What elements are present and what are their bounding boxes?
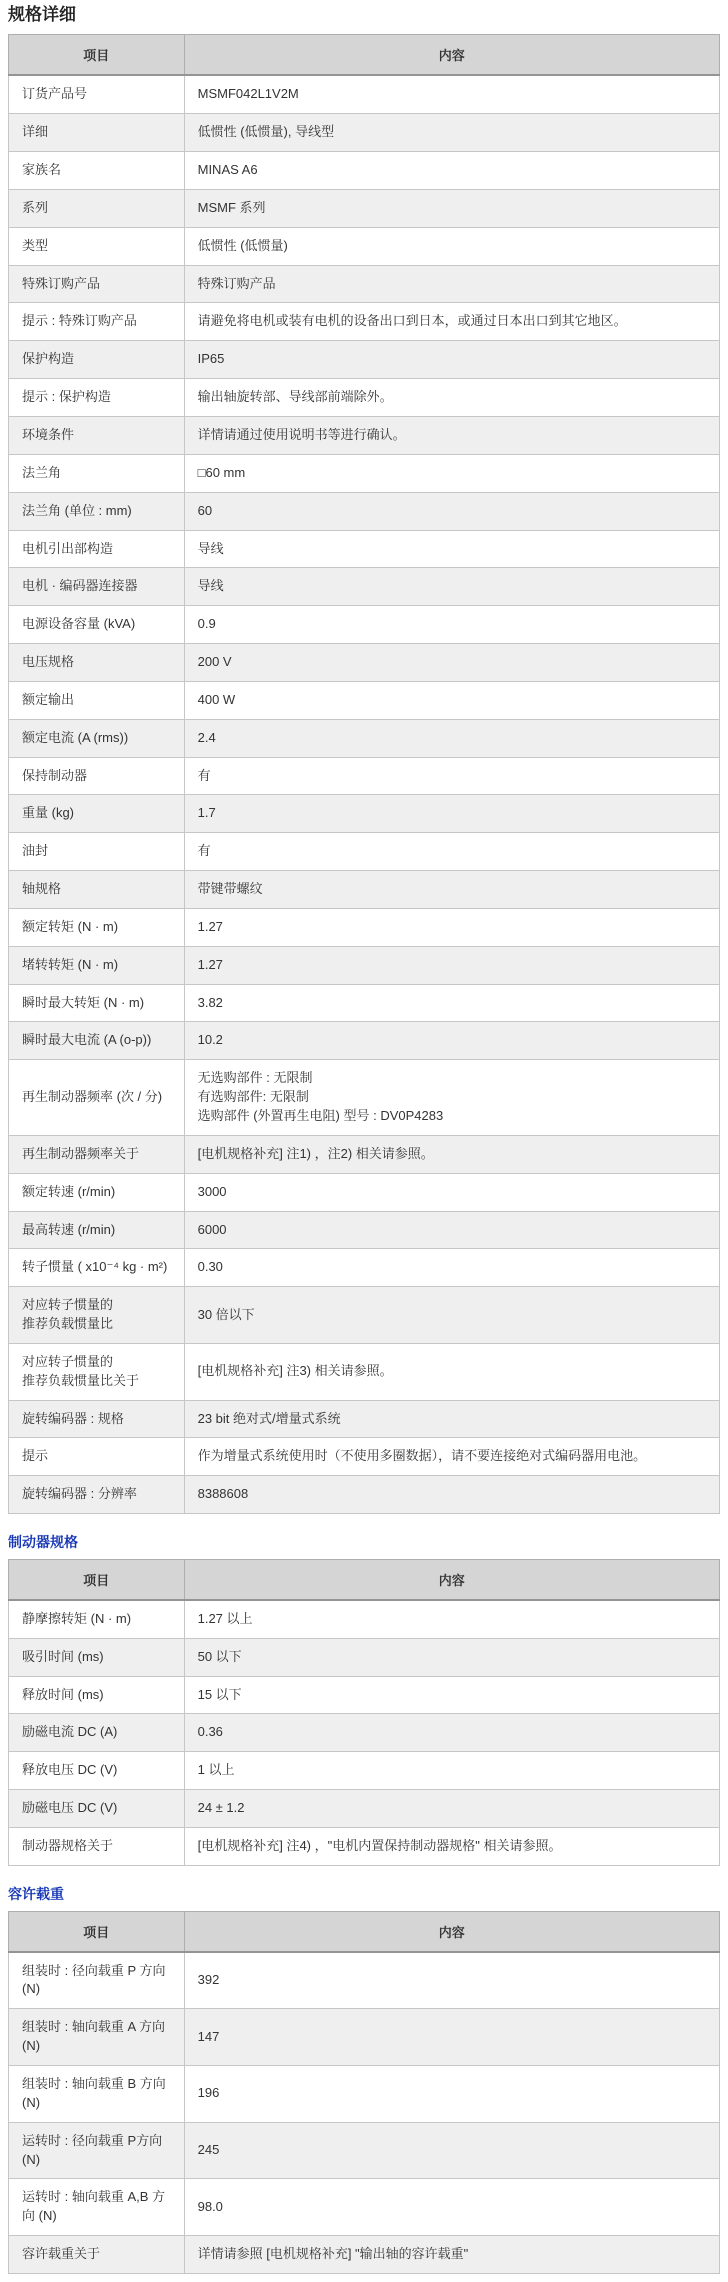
- content-cell: 输出轴旋转部、导线部前端除外。: [184, 379, 719, 417]
- content-cell: 导线: [184, 568, 719, 606]
- table-row: 释放时间 (ms)15 以下: [9, 1676, 720, 1714]
- item-cell: 额定电流 (A (rms)): [9, 719, 185, 757]
- table-row: 电压规格200 V: [9, 644, 720, 682]
- item-cell: 法兰角: [9, 454, 185, 492]
- table-row: 再生制动器频率 (次 / 分)无选购部件 : 无限制 有选购部件: 无限制 选购…: [9, 1060, 720, 1136]
- header-row: 项目内容: [9, 1911, 720, 1952]
- item-cell: 运转时 : 径向载重 P方向 (N): [9, 2122, 185, 2179]
- content-cell: 6000: [184, 1211, 719, 1249]
- content-cell: □60 mm: [184, 454, 719, 492]
- content-cell: 15 以下: [184, 1676, 719, 1714]
- content-cell: [电机规格补充] 注1) ，注2) 相关请参照。: [184, 1135, 719, 1173]
- content-cell: 98.0: [184, 2179, 719, 2236]
- item-cell: 组装时 : 径向载重 P 方向 (N): [9, 1952, 185, 2009]
- content-cell: 低惯性 (低惯量), 导线型: [184, 114, 719, 152]
- content-cell: 3.82: [184, 984, 719, 1022]
- table-row: 电机引出部构造导线: [9, 530, 720, 568]
- table-row: 保护构造IP65: [9, 341, 720, 379]
- item-cell: 组装时 : 轴向载重 B 方向 (N): [9, 2066, 185, 2123]
- item-cell: 类型: [9, 227, 185, 265]
- content-cell: MSMF 系列: [184, 189, 719, 227]
- content-cell: 50 以下: [184, 1638, 719, 1676]
- content-cell: 24 ± 1.2: [184, 1790, 719, 1828]
- content-cell: 400 W: [184, 681, 719, 719]
- table-row: 电源设备容量 (kVA)0.9: [9, 606, 720, 644]
- table-row: 运转时 : 径向载重 P方向 (N)245: [9, 2122, 720, 2179]
- content-cell: 1.27 以上: [184, 1600, 719, 1638]
- content-cell: [电机规格补充] 注4) ，"电机内置保持制动器规格" 相关请参照。: [184, 1828, 719, 1866]
- table-row: 详细低惯性 (低惯量), 导线型: [9, 114, 720, 152]
- item-cell: 提示 : 特殊订购产品: [9, 303, 185, 341]
- item-cell: 电机 · 编码器连接器: [9, 568, 185, 606]
- table-row: 系列MSMF 系列: [9, 189, 720, 227]
- table-row: 重量 (kg)1.7: [9, 795, 720, 833]
- item-cell: 额定转矩 (N · m): [9, 908, 185, 946]
- table-row: 瞬时最大电流 (A (o-p))10.2: [9, 1022, 720, 1060]
- item-cell: 油封: [9, 833, 185, 871]
- table-row: 对应转子惯量的 推荐负载惯量比30 倍以下: [9, 1287, 720, 1344]
- content-cell: MSMF042L1V2M: [184, 75, 719, 113]
- item-cell: 详细: [9, 114, 185, 152]
- item-cell: 对应转子惯量的 推荐负载惯量比: [9, 1287, 185, 1344]
- table-row: 瞬时最大转矩 (N · m)3.82: [9, 984, 720, 1022]
- item-cell: 转子惯量 ( x10⁻⁴ kg · m²): [9, 1249, 185, 1287]
- item-cell: 释放电压 DC (V): [9, 1752, 185, 1790]
- item-cell: 提示: [9, 1438, 185, 1476]
- content-cell: [电机规格补充] 注3) 相关请参照。: [184, 1343, 719, 1400]
- table-row: 特殊订购产品特殊订购产品: [9, 265, 720, 303]
- item-cell: 瞬时最大转矩 (N · m): [9, 984, 185, 1022]
- table-row: 再生制动器频率关于[电机规格补充] 注1) ，注2) 相关请参照。: [9, 1135, 720, 1173]
- content-cell: 1.27: [184, 946, 719, 984]
- content-cell: 147: [184, 2009, 719, 2066]
- item-cell: 组装时 : 轴向载重 A 方向 (N): [9, 2009, 185, 2066]
- table-row: 组装时 : 径向载重 P 方向 (N)392: [9, 1952, 720, 2009]
- table-row: 类型低惯性 (低惯量): [9, 227, 720, 265]
- content-cell: 196: [184, 2066, 719, 2123]
- item-cell: 保持制动器: [9, 757, 185, 795]
- table-row: 额定电流 (A (rms))2.4: [9, 719, 720, 757]
- item-cell: 电压规格: [9, 644, 185, 682]
- column-header-content: 内容: [184, 35, 719, 76]
- table-row: 旋转编码器 : 分辨率8388608: [9, 1476, 720, 1514]
- item-cell: 提示 : 保护构造: [9, 379, 185, 417]
- content-cell: 低惯性 (低惯量): [184, 227, 719, 265]
- content-cell: 详情请通过使用说明书等进行确认。: [184, 416, 719, 454]
- item-cell: 励磁电流 DC (A): [9, 1714, 185, 1752]
- item-cell: 电机引出部构造: [9, 530, 185, 568]
- table-row: 容许载重关于详情请参照 [电机规格补充] "输出轴的容许载重": [9, 2236, 720, 2274]
- header-row: 项目内容: [9, 1559, 720, 1600]
- content-cell: 2.4: [184, 719, 719, 757]
- content-cell: 有: [184, 833, 719, 871]
- section-title-allowable-load: 容许载重: [8, 1886, 720, 1903]
- item-cell: 旋转编码器 : 分辨率: [9, 1476, 185, 1514]
- table-row: 提示 : 保护构造输出轴旋转部、导线部前端除外。: [9, 379, 720, 417]
- content-cell: 0.36: [184, 1714, 719, 1752]
- table-row: 额定转矩 (N · m)1.27: [9, 908, 720, 946]
- table-row: 订货产品号MSMF042L1V2M: [9, 75, 720, 113]
- page-title: 规格详细: [8, 5, 720, 25]
- item-cell: 订货产品号: [9, 75, 185, 113]
- item-cell: 对应转子惯量的 推荐负载惯量比关于: [9, 1343, 185, 1400]
- table-row: 释放电压 DC (V)1 以上: [9, 1752, 720, 1790]
- table-row: 保持制动器有: [9, 757, 720, 795]
- item-cell: 释放时间 (ms): [9, 1676, 185, 1714]
- table-row: 家族名MINAS A6: [9, 152, 720, 190]
- content-cell: 导线: [184, 530, 719, 568]
- item-cell: 运转时 : 轴向载重 A,B 方向 (N): [9, 2179, 185, 2236]
- item-cell: 瞬时最大电流 (A (o-p)): [9, 1022, 185, 1060]
- header-row: 项目内容: [9, 35, 720, 76]
- table-row: 励磁电流 DC (A)0.36: [9, 1714, 720, 1752]
- table-row: 法兰角 (单位 : mm)60: [9, 492, 720, 530]
- table-row: 励磁电压 DC (V)24 ± 1.2: [9, 1790, 720, 1828]
- table-row: 电机 · 编码器连接器导线: [9, 568, 720, 606]
- item-cell: 制动器规格关于: [9, 1828, 185, 1866]
- item-cell: 额定输出: [9, 681, 185, 719]
- content-cell: 200 V: [184, 644, 719, 682]
- content-cell: 23 bit 绝对式/增量式系统: [184, 1400, 719, 1438]
- content-cell: 1.27: [184, 908, 719, 946]
- content-cell: 请避免将电机或装有电机的设备出口到日本，或通过日本出口到其它地区。: [184, 303, 719, 341]
- content-cell: 1.7: [184, 795, 719, 833]
- content-cell: 392: [184, 1952, 719, 2009]
- column-header-content: 内容: [184, 1559, 719, 1600]
- content-cell: 0.9: [184, 606, 719, 644]
- content-cell: 8388608: [184, 1476, 719, 1514]
- table-row: 法兰角□60 mm: [9, 454, 720, 492]
- table-row: 静摩擦转矩 (N · m)1.27 以上: [9, 1600, 720, 1638]
- item-cell: 最高转速 (r/min): [9, 1211, 185, 1249]
- table-row: 额定输出400 W: [9, 681, 720, 719]
- content-cell: 1 以上: [184, 1752, 719, 1790]
- spec-page: 规格详细 项目内容订货产品号MSMF042L1V2M详细低惯性 (低惯量), 导…: [0, 0, 728, 2282]
- allowable-load-table: 项目内容组装时 : 径向载重 P 方向 (N)392组装时 : 轴向载重 A 方…: [8, 1911, 720, 2274]
- section-title-brake-spec: 制动器规格: [8, 1534, 720, 1551]
- item-cell: 系列: [9, 189, 185, 227]
- content-cell: MINAS A6: [184, 152, 719, 190]
- content-cell: 30 倍以下: [184, 1287, 719, 1344]
- content-cell: 无选购部件 : 无限制 有选购部件: 无限制 选购部件 (外置再生电阻) 型号 …: [184, 1060, 719, 1136]
- table-row: 轴规格带键带螺纹: [9, 871, 720, 909]
- content-cell: 特殊订购产品: [184, 265, 719, 303]
- table-row: 组装时 : 轴向载重 B 方向 (N)196: [9, 2066, 720, 2123]
- item-cell: 电源设备容量 (kVA): [9, 606, 185, 644]
- content-cell: 60: [184, 492, 719, 530]
- column-header-content: 内容: [184, 1911, 719, 1952]
- item-cell: 静摩擦转矩 (N · m): [9, 1600, 185, 1638]
- table-row: 提示作为增量式系统使用时（不使用多圈数据），请不要连接绝对式编码器用电池。: [9, 1438, 720, 1476]
- table-row: 组装时 : 轴向载重 A 方向 (N)147: [9, 2009, 720, 2066]
- content-cell: 245: [184, 2122, 719, 2179]
- item-cell: 环境条件: [9, 416, 185, 454]
- table-row: 提示 : 特殊订购产品请避免将电机或装有电机的设备出口到日本，或通过日本出口到其…: [9, 303, 720, 341]
- table-row: 最高转速 (r/min)6000: [9, 1211, 720, 1249]
- spec-detail-table: 项目内容订货产品号MSMF042L1V2M详细低惯性 (低惯量), 导线型家族名…: [8, 34, 720, 1514]
- content-cell: 带键带螺纹: [184, 871, 719, 909]
- table-row: 制动器规格关于[电机规格补充] 注4) ，"电机内置保持制动器规格" 相关请参照…: [9, 1828, 720, 1866]
- item-cell: 堵转转矩 (N · m): [9, 946, 185, 984]
- table-row: 对应转子惯量的 推荐负载惯量比关于[电机规格补充] 注3) 相关请参照。: [9, 1343, 720, 1400]
- item-cell: 保护构造: [9, 341, 185, 379]
- item-cell: 特殊订购产品: [9, 265, 185, 303]
- item-cell: 再生制动器频率关于: [9, 1135, 185, 1173]
- item-cell: 再生制动器频率 (次 / 分): [9, 1060, 185, 1136]
- item-cell: 家族名: [9, 152, 185, 190]
- item-cell: 旋转编码器 : 规格: [9, 1400, 185, 1438]
- brake-spec-table: 项目内容静摩擦转矩 (N · m)1.27 以上吸引时间 (ms)50 以下释放…: [8, 1559, 720, 1866]
- content-cell: 详情请参照 [电机规格补充] "输出轴的容许载重": [184, 2236, 719, 2274]
- table-row: 转子惯量 ( x10⁻⁴ kg · m²)0.30: [9, 1249, 720, 1287]
- item-cell: 吸引时间 (ms): [9, 1638, 185, 1676]
- content-cell: 10.2: [184, 1022, 719, 1060]
- item-cell: 重量 (kg): [9, 795, 185, 833]
- content-cell: IP65: [184, 341, 719, 379]
- table-row: 运转时 : 轴向载重 A,B 方向 (N)98.0: [9, 2179, 720, 2236]
- content-cell: 3000: [184, 1173, 719, 1211]
- table-row: 堵转转矩 (N · m)1.27: [9, 946, 720, 984]
- table-row: 额定转速 (r/min)3000: [9, 1173, 720, 1211]
- item-cell: 轴规格: [9, 871, 185, 909]
- table-row: 旋转编码器 : 规格23 bit 绝对式/增量式系统: [9, 1400, 720, 1438]
- content-cell: 有: [184, 757, 719, 795]
- item-cell: 额定转速 (r/min): [9, 1173, 185, 1211]
- item-cell: 容许载重关于: [9, 2236, 185, 2274]
- item-cell: 励磁电压 DC (V): [9, 1790, 185, 1828]
- column-header-item: 项目: [9, 1559, 185, 1600]
- content-cell: 0.30: [184, 1249, 719, 1287]
- table-row: 吸引时间 (ms)50 以下: [9, 1638, 720, 1676]
- table-row: 油封有: [9, 833, 720, 871]
- item-cell: 法兰角 (单位 : mm): [9, 492, 185, 530]
- content-cell: 作为增量式系统使用时（不使用多圈数据），请不要连接绝对式编码器用电池。: [184, 1438, 719, 1476]
- column-header-item: 项目: [9, 35, 185, 76]
- table-row: 环境条件详情请通过使用说明书等进行确认。: [9, 416, 720, 454]
- column-header-item: 项目: [9, 1911, 185, 1952]
